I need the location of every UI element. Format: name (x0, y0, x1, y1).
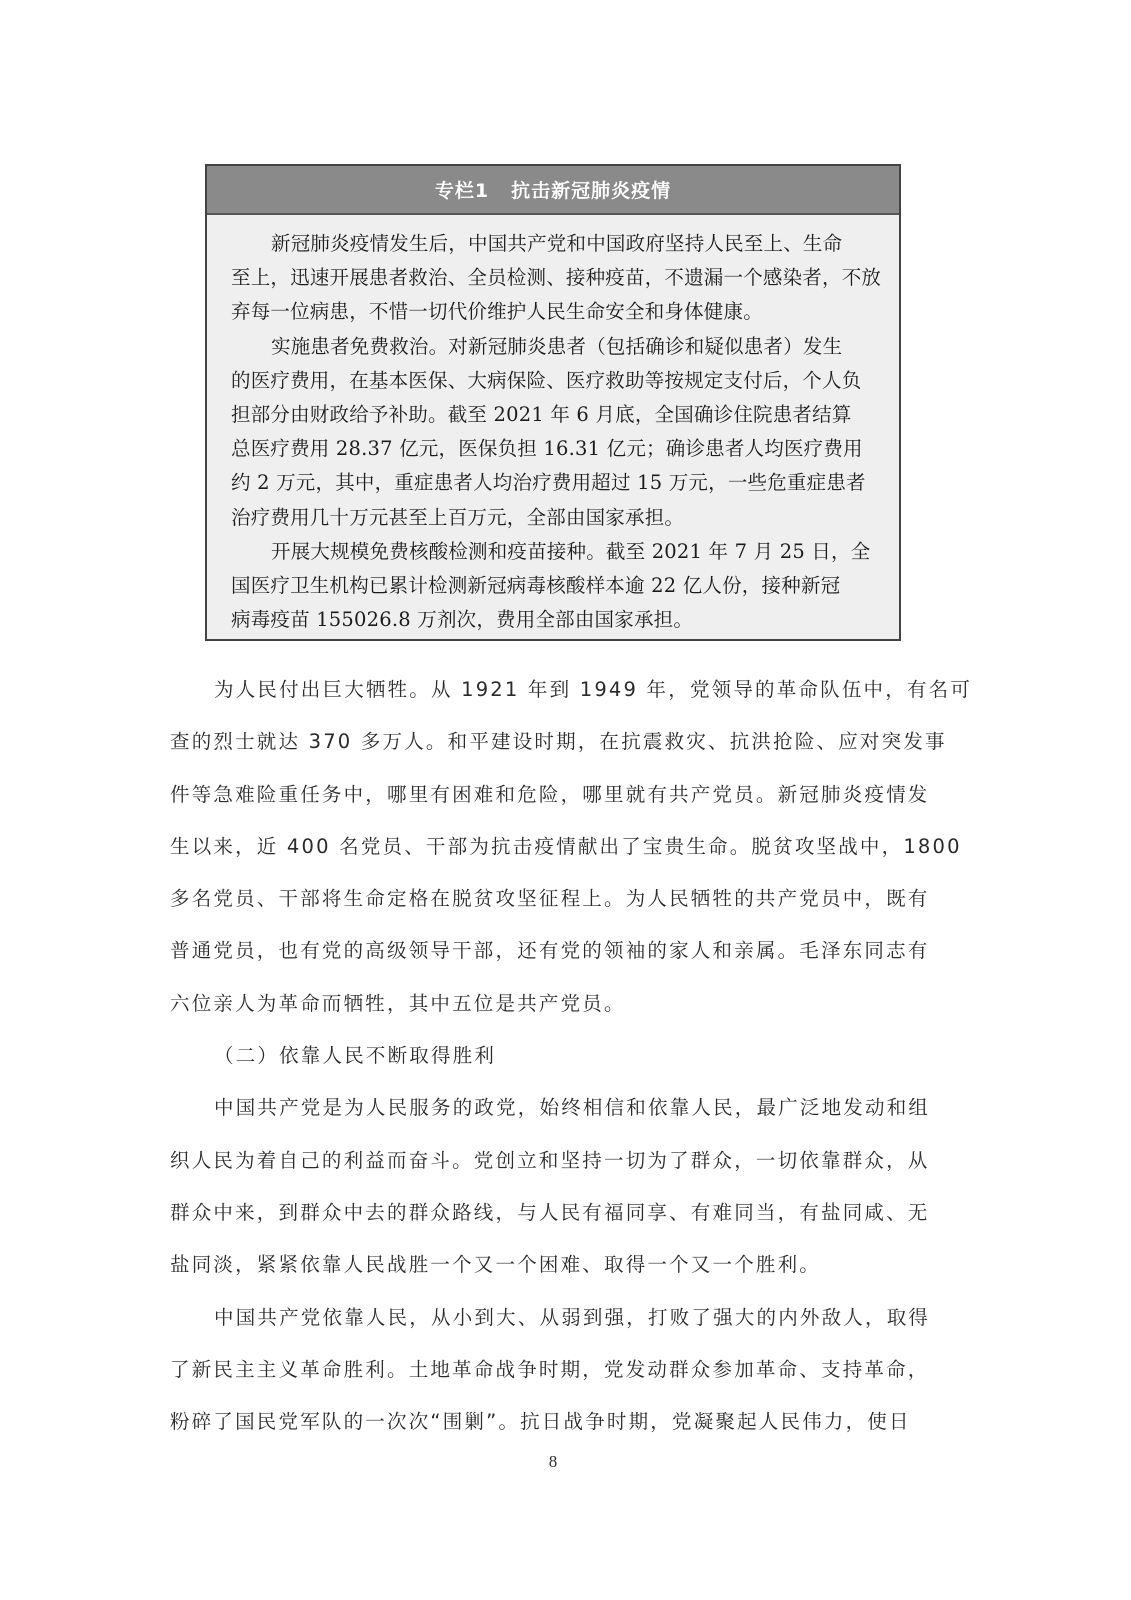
box-paragraph-line: 弃每一位病患，不惜一切代价维护人民生命安全和身体健康。 (231, 295, 899, 329)
body-line: 生以来，近 400 名党员、干部为抗击疫情献出了宝贵生命。脱贫攻坚战中，1800 (170, 821, 950, 873)
body-line: 件等急难险重任务中，哪里有困难和危险，哪里就有共产党员。新冠肺炎疫情发 (170, 769, 950, 821)
box-paragraph-line: 治疗费用几十万元甚至上百万元，全部由国家承担。 (231, 501, 899, 535)
column-box: 专栏1 抗击新冠肺炎疫情 新冠肺炎疫情发生后，中国共产党和中国政府坚持人民至上、… (205, 164, 901, 641)
column-box-body: 新冠肺炎疫情发生后，中国共产党和中国政府坚持人民至上、生命 至上，迅速开展患者救… (207, 215, 899, 637)
page-number: 8 (0, 1452, 1106, 1472)
body-line: 查的烈士就达 370 多万人。和平建设时期，在抗震救灾、抗洪抢险、应对突发事 (170, 716, 950, 768)
box-paragraph-line: 约 2 万元，其中，重症患者人均治疗费用超过 15 万元，一些危重症患者 (231, 466, 899, 500)
body-line: 盐同淡，紧紧依靠人民战胜一个又一个困难、取得一个又一个胜利。 (170, 1239, 950, 1291)
body-line: 普通党员，也有党的高级领导干部，还有党的领袖的家人和亲属。毛泽东同志有 (170, 925, 950, 977)
body-line: 六位亲人为革命而牺牲，其中五位是共产党员。 (170, 978, 950, 1030)
body-line: 中国共产党依靠人民，从小到大、从弱到强，打败了强大的内外敌人，取得 (170, 1292, 950, 1344)
box-paragraph-line: 担部分由财政给予补助。截至 2021 年 6 月底，全国确诊住院患者结算 (231, 398, 899, 432)
box-paragraph-line: 新冠肺炎疫情发生后，中国共产党和中国政府坚持人民至上、生命 (231, 227, 899, 261)
box-paragraph-line: 开展大规模免费核酸检测和疫苗接种。截至 2021 年 7 月 25 日，全 (231, 535, 899, 569)
column-box-label: 专栏1 (435, 176, 489, 203)
body-line: 中国共产党是为人民服务的政党，始终相信和依靠人民，最广泛地发动和组 (170, 1082, 950, 1134)
box-paragraph-line: 病毒疫苗 155026.8 万剂次，费用全部由国家承担。 (231, 603, 899, 637)
column-box-header: 专栏1 抗击新冠肺炎疫情 (207, 166, 899, 215)
box-paragraph-line: 总医疗费用 28.37 亿元，医保负担 16.31 亿元；确诊患者人均医疗费用 (231, 432, 899, 466)
box-paragraph-line: 实施患者免费救治。对新冠肺炎患者（包括确诊和疑似患者）发生 (231, 330, 899, 364)
box-paragraph-line: 国医疗卫生机构已累计检测新冠病毒核酸样本逾 22 亿人份，接种新冠 (231, 569, 899, 603)
box-paragraph-line: 至上，迅速开展患者救治、全员检测、接种疫苗，不遗漏一个感染者，不放 (231, 261, 899, 295)
box-paragraph-line: 的医疗费用，在基本医保、大病保险、医疗救助等按规定支付后，个人负 (231, 364, 899, 398)
column-box-title: 抗击新冠肺炎疫情 (511, 176, 671, 203)
body-line: 多名党员、干部将生命定格在脱贫攻坚征程上。为人民牺牲的共产党员中，既有 (170, 873, 950, 925)
body-line: 为人民付出巨大牺牲。从 1921 年到 1949 年，党领导的革命队伍中，有名可 (170, 664, 950, 716)
body-line: 织人民为着自己的利益而奋斗。党创立和坚持一切为了群众，一切依靠群众，从 (170, 1135, 950, 1187)
body-line: 粉碎了国民党军队的一次次“围剿”。抗日战争时期，党凝聚起人民伟力，使日 (170, 1396, 950, 1448)
body-line: 了新民主主义革命胜利。土地革命战争时期，党发动群众参加革命、支持革命， (170, 1344, 950, 1396)
section-heading: （二）依靠人民不断取得胜利 (170, 1030, 950, 1082)
body-line: 群众中来，到群众中去的群众路线，与人民有福同享、有难同当，有盐同咸、无 (170, 1187, 950, 1239)
body-text: 为人民付出巨大牺牲。从 1921 年到 1949 年，党领导的革命队伍中，有名可… (170, 664, 950, 1448)
